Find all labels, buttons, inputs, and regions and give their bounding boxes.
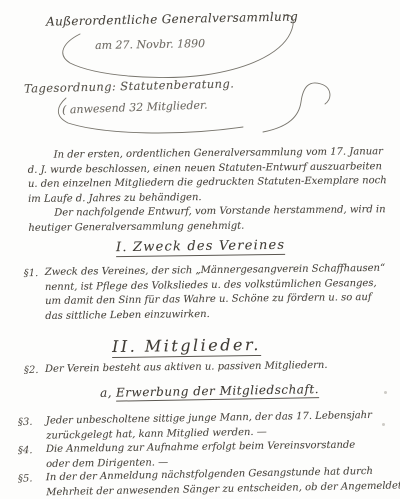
document-title: Außerordentliche Generalversammlung <box>46 9 298 28</box>
paragraph-2: §2. Der Verein besteht aus aktiven u. pa… <box>24 359 328 378</box>
intro-paragraph: In der ersten, ordentlichen Generalversa… <box>28 145 388 236</box>
paragraph-label: §4. <box>18 443 33 458</box>
subsection-a-prefix: a, <box>100 386 112 400</box>
paragraph-1: §1. Zweck des Vereines, der sich „Männer… <box>24 262 386 324</box>
subsection-a-heading: a,Erwerbung der Mitgliedschaft. <box>100 382 319 400</box>
subsection-a-heading-text: Erwerbung der Mitgliedschaft. <box>116 382 319 402</box>
ink-speck <box>384 391 387 394</box>
scanned-document-page: Außerordentliche Generalversammlung am 2… <box>0 0 400 499</box>
text-line: Der Verein besteht aus aktiven u. passiv… <box>45 359 328 377</box>
date-line: am 27. Novbr. 1890 <box>95 37 205 52</box>
ink-speck <box>382 423 385 426</box>
section-1-heading: I. Zweck des Vereines <box>116 238 285 255</box>
section-2-heading: II. Mitglieder. <box>112 335 261 356</box>
paragraph-label: §3. <box>18 415 33 430</box>
s-flourish-stroke <box>263 83 330 132</box>
paragraph-label: §1. <box>24 267 39 282</box>
paragraph-label: §5. <box>18 471 33 486</box>
agenda-line: Tagesordnung: Statutenberatung. <box>24 76 234 95</box>
text-line: heutiger Generalversammlung genehmigt. <box>28 218 387 236</box>
paragraph-label: §2. <box>24 364 39 379</box>
attendance-line: ( anwesend 32 Mitglieder. <box>62 98 208 116</box>
section-2-heading-text: II. Mitglieder. <box>112 335 261 358</box>
section-1-heading-text: I. Zweck des Vereines <box>116 238 285 257</box>
